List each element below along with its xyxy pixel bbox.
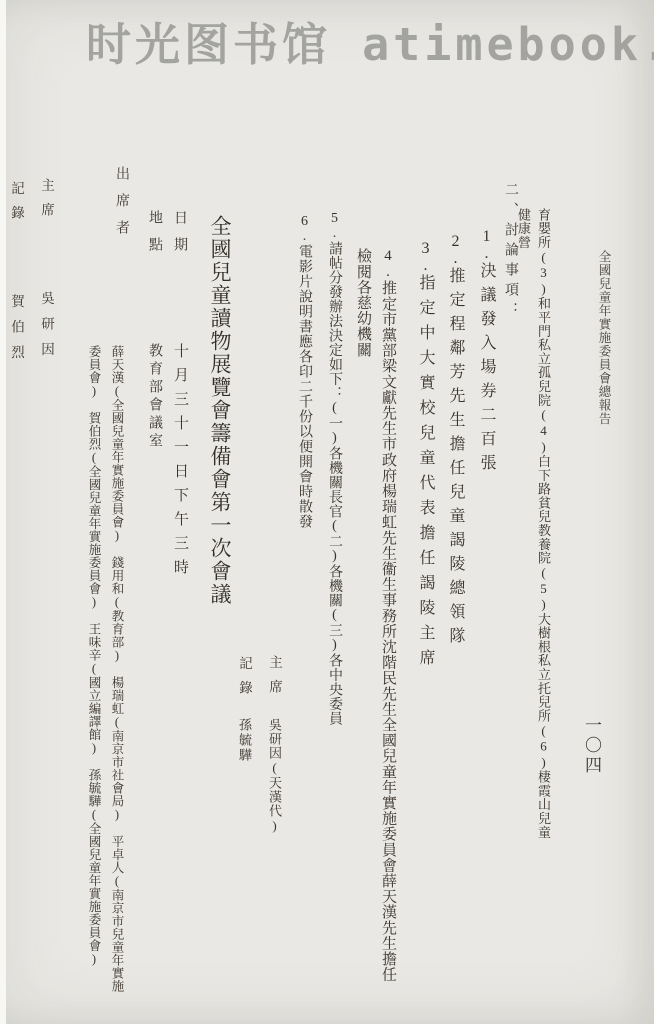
chair-label: 主席 — [36, 178, 57, 227]
agenda-item-2: 2.推定程鄰芳先生擔任兒童謁陵總領隊 — [443, 233, 467, 651]
item-number: 3. — [417, 240, 434, 274]
page-number: 一〇四 — [579, 716, 603, 776]
item-text: 推定市黨部梁文獻先生市政府楊瑞虹先生衞生事務所沈階民先生全國兒童年實施委員會薛天… — [355, 248, 396, 982]
recorder-label-prev: 記錄 — [234, 656, 255, 705]
item-number: 5. — [327, 211, 342, 241]
date-value: 十月三十一日下午三時 — [168, 343, 191, 583]
agenda-item-3: 3.指定中大實校兒童代表擔任謁陵主席 — [413, 240, 437, 674]
item-number: 2. — [447, 233, 464, 267]
location-label: 地點 — [143, 210, 166, 264]
scanned-book-page: 时光图书馆 atimebook. 全國兒童年實施委員會總報告 一〇四 育嬰所(3… — [0, 0, 654, 1024]
agenda-item-6: 6.電影片說明書應各印二千份以便開會時散發 — [293, 214, 315, 529]
item-number: 1. — [478, 228, 495, 262]
location-value: 教育部會議室 — [143, 343, 166, 451]
attendees-list: 薛天漢(全國兒童年實施委員會) 錢用和(教育部) 楊瑞虹(南京市社會局) 平卓人… — [82, 345, 128, 993]
recorder-label: 記錄 — [6, 181, 27, 230]
date-label: 日期 — [168, 210, 191, 264]
running-header: 全國兒童年實施委員會總報告 — [594, 250, 614, 426]
attendees-label: 出席者 — [110, 166, 133, 247]
scan-edge-strip — [0, 0, 6, 1024]
item-text: 請帖分發辦法決定如下：(一)各機關長官(二)各機關(三)各中央委員 — [327, 241, 342, 726]
library-watermark: 时光图书馆 atimebook. — [86, 8, 654, 73]
item-number: 4. — [380, 248, 396, 280]
chair-label-prev: 主席 — [264, 655, 285, 704]
item-text: 決議發入場券二百張 — [478, 262, 495, 478]
item-text: 指定中大實校兒童代表擔任謁陵主席 — [417, 274, 434, 674]
agenda-item-4: 4.推定市黨部梁文獻先生市政府楊瑞虹先生衞生事務所沈階民先生全國兒童年實施委員會… — [350, 248, 400, 988]
item-text: 推定程鄰芳先生擔任兒童謁陵總領隊 — [447, 267, 464, 651]
agenda-item-5: 5.請帖分發辦法決定如下：(一)各機關長官(二)各機關(三)各中央委員 — [323, 211, 345, 971]
section-heading-discussion: 二、討論事項： — [499, 182, 521, 322]
item-number: 6. — [297, 214, 312, 244]
recorder-name-prev: 孫毓驊 — [234, 718, 255, 763]
agenda-item-1: 1.決議發入場券二百張 — [474, 228, 498, 478]
item-text: 電影片說明書應各印二千份以便開會時散發 — [297, 244, 312, 529]
recorder-name: 賀伯烈 — [6, 294, 27, 371]
chair-name: 吳研因 — [36, 291, 57, 368]
meeting-title: 全國兒童讀物展覽會籌備會第一次會議 — [203, 215, 237, 606]
chair-name-prev: 吳研因(天漢代) — [264, 718, 285, 834]
